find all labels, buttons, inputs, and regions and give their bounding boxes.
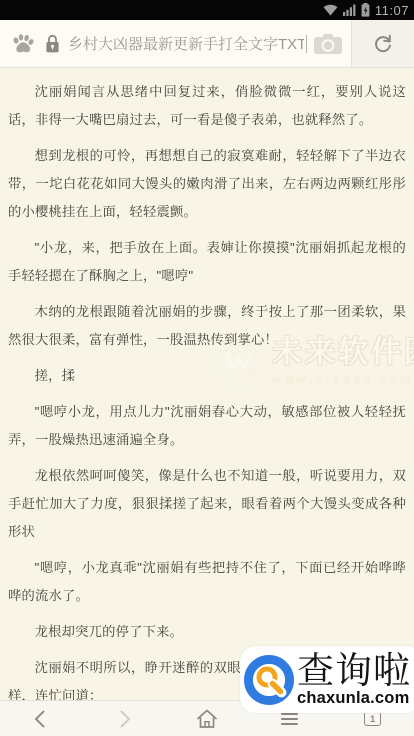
home-button[interactable] [166,701,249,736]
battery-charging-icon [361,3,370,17]
status-bar: 11:07 [0,0,414,20]
baidu-paw-icon [11,33,35,55]
forward-button[interactable] [83,701,166,736]
paragraph: "小龙，来，把手放在上面。表婶让你摸摸"沈丽娟抓起龙根的手轻轻摁在了酥胸之上，"… [8,234,406,290]
paragraph: "嗯哼小龙，用点儿力"沈丽娟春心大动，敏感部位被人轻轻抚弄，一股燥热迅速涌遍全身… [8,398,406,454]
status-clock: 11:07 [375,3,409,18]
wifi-icon [323,4,338,16]
back-button[interactable] [0,701,83,736]
camera-icon[interactable] [313,33,343,55]
paragraph: 木纳的龙根跟随着沈丽娟的步骤，终于按上了那一团柔软，果然很大很柔，富有弹性，一股… [8,298,406,354]
browser-screen: 11:07 乡村大凶器最新更新手打全文字TXT全集下载-t [0,0,414,736]
brand-overlay: 查询啦 chaxunla.com [240,646,414,713]
tabs-icon: 1 [364,711,381,726]
refresh-button[interactable] [351,20,414,67]
paragraph: 搓，揉 [8,362,406,390]
menu-icon [281,713,298,725]
brand-name: 查询啦 [297,653,411,691]
signal-icon [343,4,356,16]
tabs-count-badge: 1 [370,714,375,724]
page-title[interactable]: 乡村大凶器最新更新手打全文字TXT全集下载-t.. [68,33,304,54]
paragraph: 龙根依然呵呵傻笑，像是什么也不知道一般，听说要用力，双手赶忙加大了力度，狠狠揉搓… [8,462,406,546]
paragraph: 沈丽娟闻言从思绪中回复过来，俏脸微微一红，要别人说这话，非得一大嘴巴扇过去，可一… [8,78,406,134]
brand-domain: chaxunla.com [297,690,411,707]
text-cursor [306,35,307,53]
paragraph: 龙根却突兀的停了下来。 [8,618,406,646]
lock-icon [43,33,62,55]
paragraph: 想到龙根的可怜，再想想自己的寂寞难耐，轻轻解下了半边衣带，一坨白花花如同大馒头的… [8,142,406,226]
paragraph: "嗯哼，小龙真乖"沈丽娟有些把持不住了，下面已经开始哗哗哗的流水了。 [8,554,406,610]
address-bar[interactable]: 乡村大凶器最新更新手打全文字TXT全集下载-t.. [0,20,414,68]
magnifier-q-icon [243,654,295,706]
novel-text: 沈丽娟闻言从思绪中回复过来，俏脸微微一红，要别人说这话，非得一大嘴巴扇过去，可一… [0,68,414,701]
